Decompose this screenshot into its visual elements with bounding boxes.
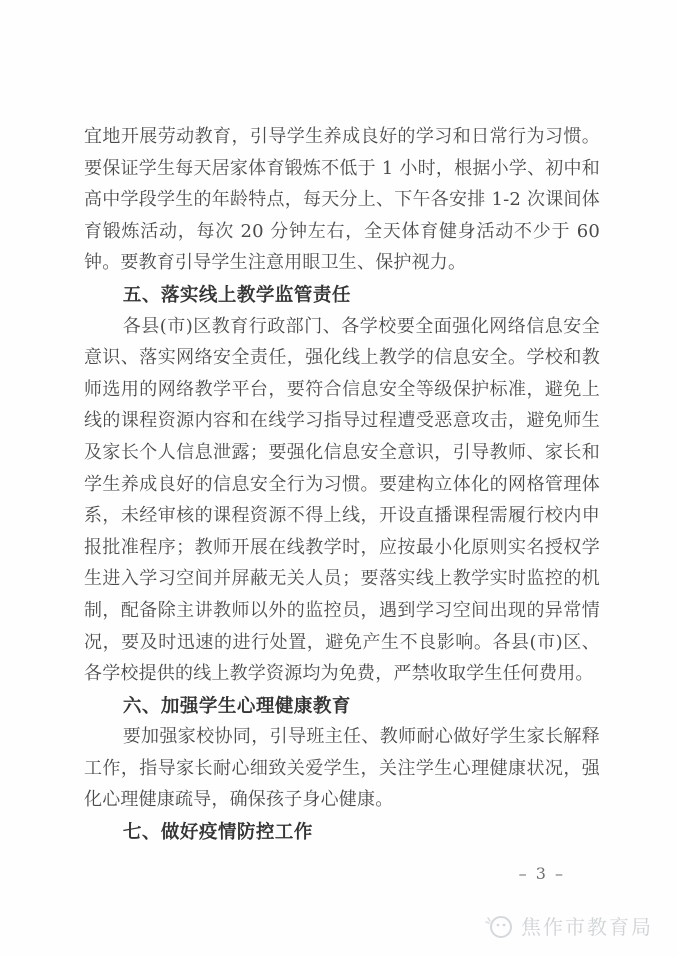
body-text-line: 师选用的网络教学平台，要符合信息安全等级保护标准，避免上 [84, 374, 600, 406]
body-text-line: 高中学段学生的年龄特点，每天分上、下午各安排 1-2 次课间体 [84, 184, 600, 216]
body-text-line: 报批准程序；教师开展在线教学时，应按最小化原则实名授权学 [84, 532, 600, 564]
education-bureau-logo-icon [484, 912, 514, 940]
section-heading-5: 五、落实线上教学监管责任 [84, 279, 600, 311]
body-text-line: 各县(市)区教育行政部门、各学校要全面强化网络信息安全 [84, 311, 600, 343]
body-text-line: 宜地开展劳动教育，引导学生养成良好的学习和日常行为习惯。 [84, 121, 600, 153]
body-text-line: 意识、落实网络安全责任，强化线上教学的信息安全。学校和教 [84, 342, 600, 374]
body-text-line: 要加强家校协同，引导班主任、教师耐心做好学生家长解释 [84, 721, 600, 753]
watermark-label: 焦作市教育局 [521, 911, 653, 940]
body-text-line: 各学校提供的线上教学资源均为免费，严禁收取学生任何费用。 [84, 658, 600, 690]
body-text-line: 及家长个人信息泄露；要强化信息安全意识，引导教师、家长和 [84, 437, 600, 469]
body-text-line: 系，未经审核的课程资源不得上线，开设直播课程需履行校内申 [84, 500, 600, 532]
watermark: 焦作市教育局 [484, 911, 653, 940]
body-text-line: 育锻炼活动，每次 20 分钟左右，全天体育健身活动不少于 60 分 [84, 216, 600, 248]
body-text-line: 学生养成良好的信息安全行为习惯。要建构立体化的网格管理体 [84, 469, 600, 501]
body-text-line: 况，要及时迅速的进行处置，避免产生不良影响。各县(市)区、 [84, 627, 600, 659]
body-text-line: 要保证学生每天居家体育锻炼不低于 1 小时，根据小学、初中和 [84, 153, 600, 185]
document-body: 宜地开展劳动教育，引导学生养成良好的学习和日常行为习惯。 要保证学生每天居家体育… [84, 121, 600, 848]
document-page: 宜地开展劳动教育，引导学生养成良好的学习和日常行为习惯。 要保证学生每天居家体育… [0, 0, 677, 957]
section-heading-7: 七、做好疫情防控工作 [84, 816, 600, 848]
body-text-line: 线的课程资源内容和在线学习指导过程遭受恶意攻击，避免师生 [84, 405, 600, 437]
body-text-line: 钟。要教育引导学生注意用眼卫生、保护视力。 [84, 247, 600, 279]
page-number: – 3 – [0, 864, 565, 883]
section-heading-6: 六、加强学生心理健康教育 [84, 690, 600, 722]
body-text-line: 制，配备除主讲教师以外的监控员，遇到学习空间出现的异常情 [84, 595, 600, 627]
body-text-line: 生进入学习空间并屏蔽无关人员；要落实线上教学实时监控的机 [84, 563, 600, 595]
body-text-line: 工作，指导家长耐心细致关爱学生，关注学生心理健康状况，强 [84, 753, 600, 785]
body-text-line: 化心理健康疏导，确保孩子身心健康。 [84, 784, 600, 816]
